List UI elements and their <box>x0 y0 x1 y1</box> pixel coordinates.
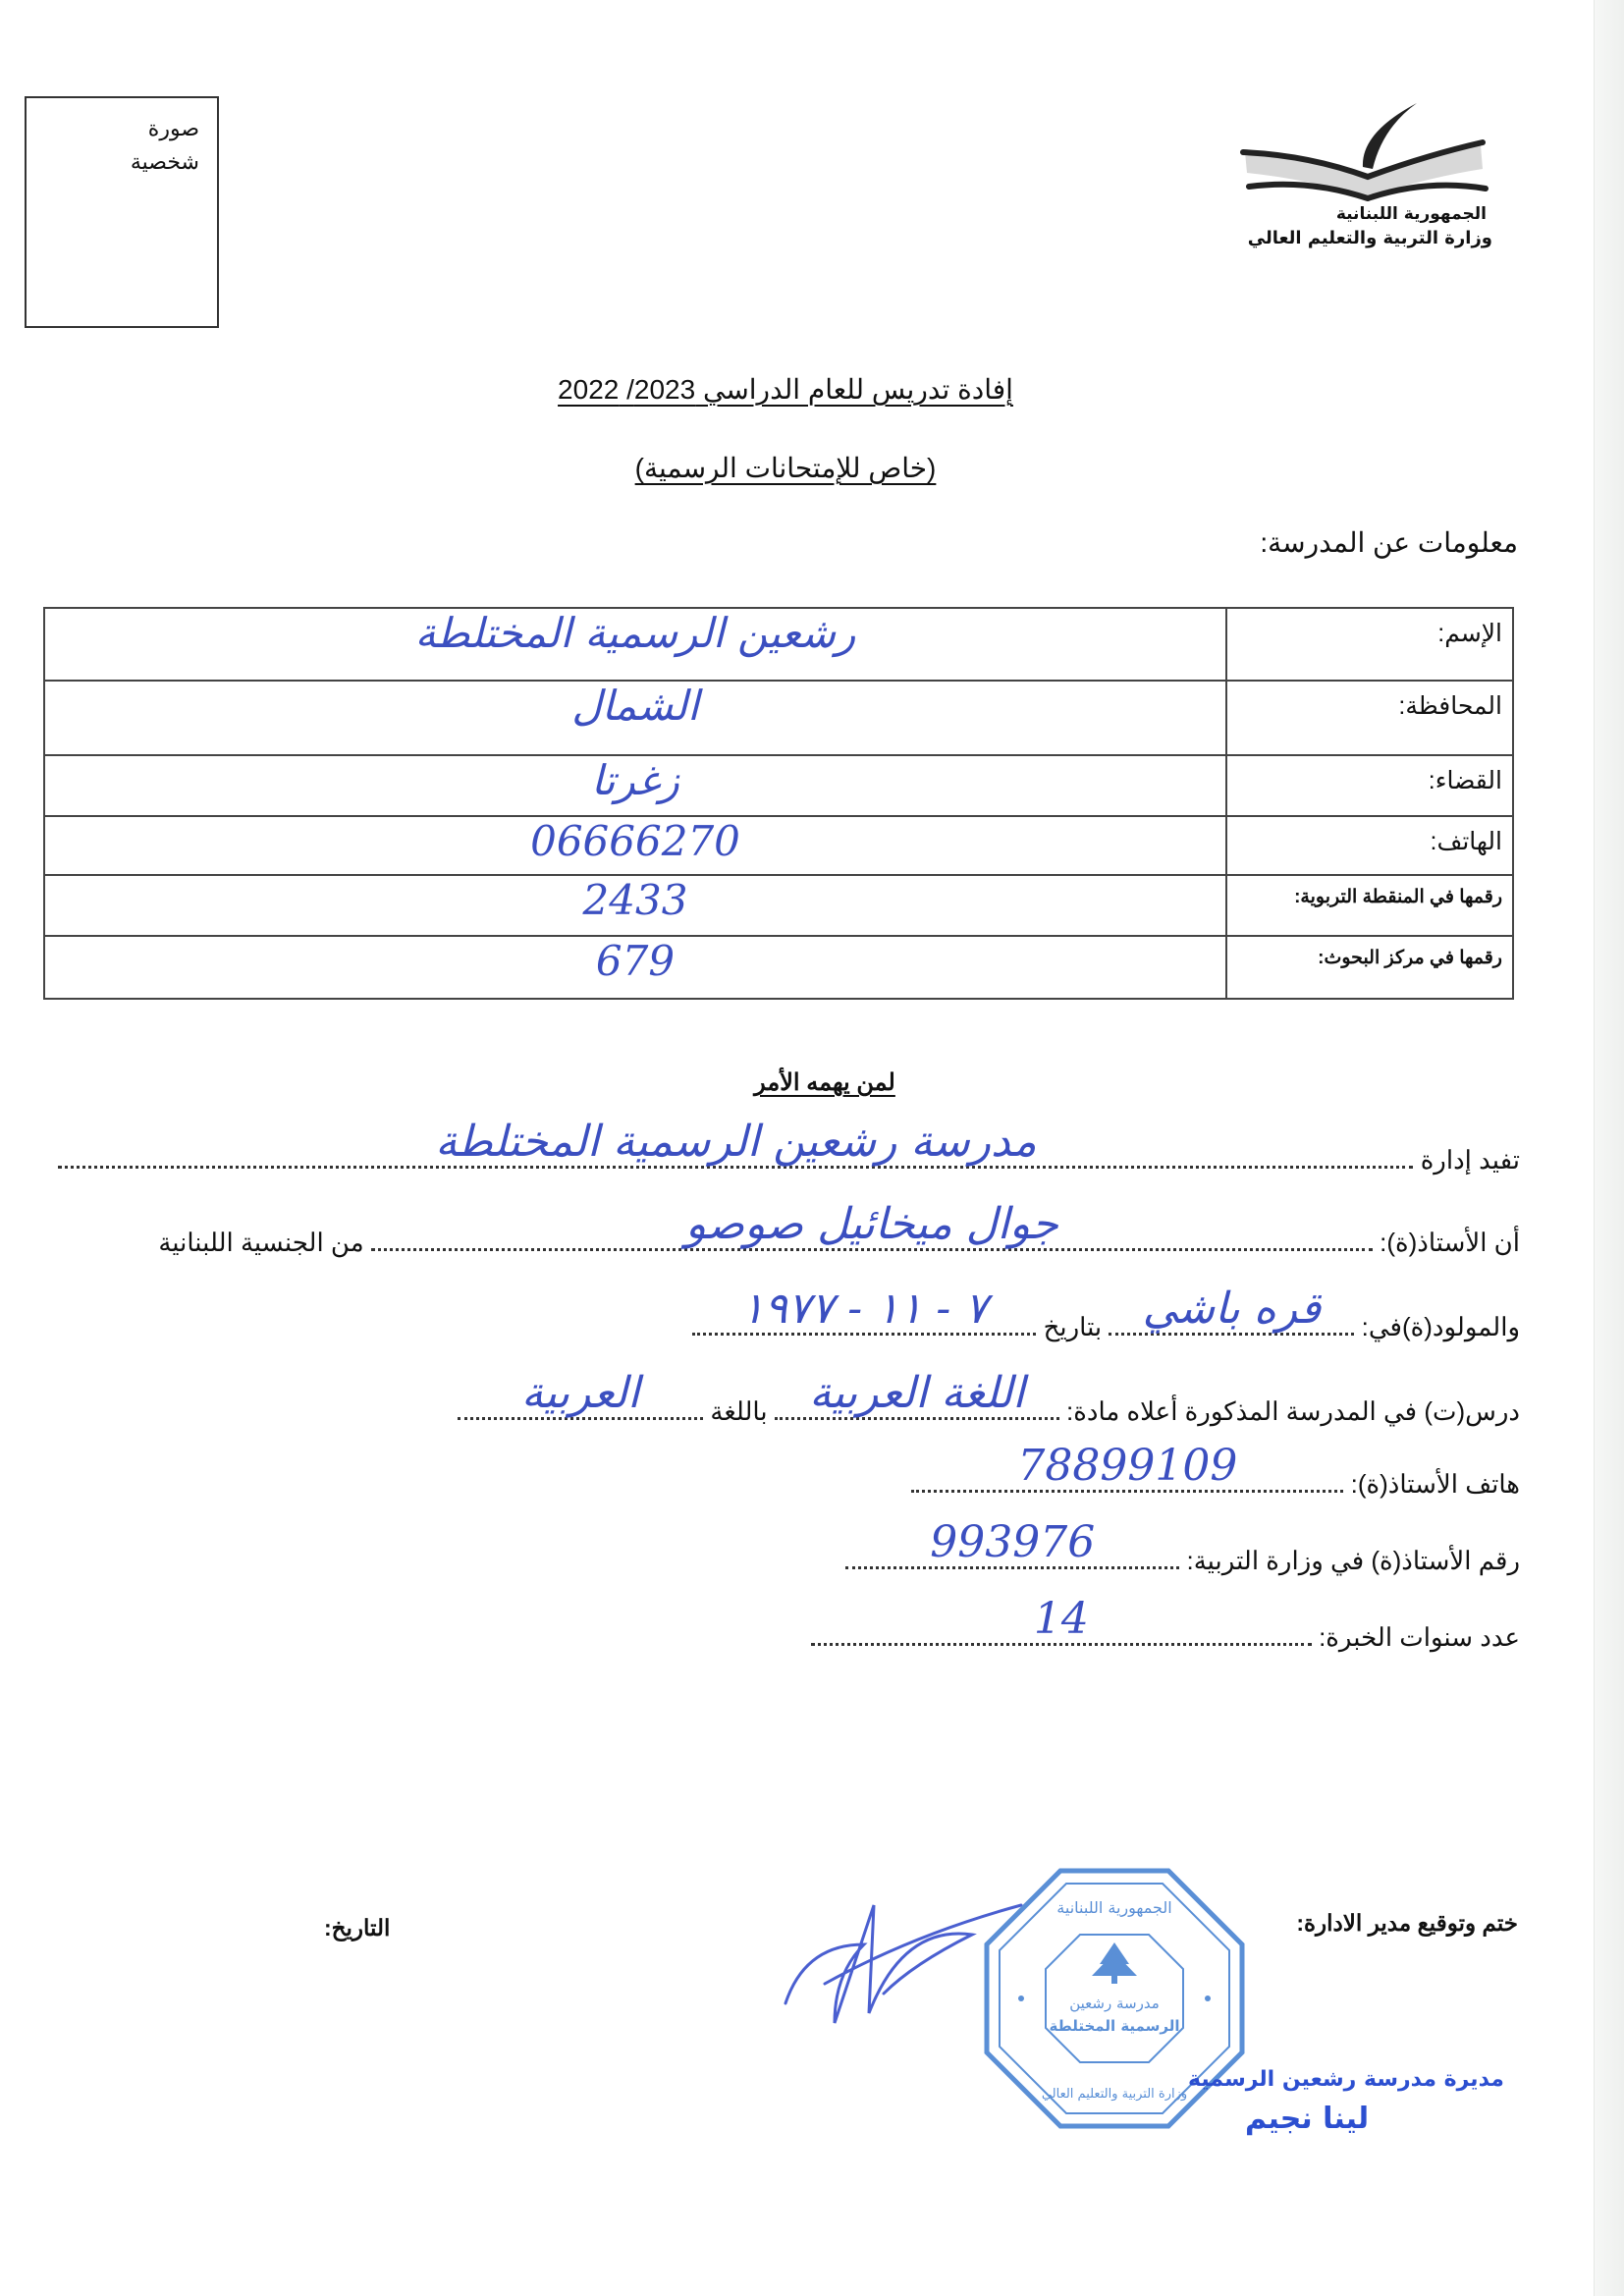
logo-ministry-text: وزارة التربية والتعليم العالي <box>1248 228 1492 248</box>
administration-line: تفيد إدارة مدرسة رشعين الرسمية المختلطة <box>58 1145 1520 1175</box>
scan-edge <box>1594 0 1624 2296</box>
ministry-number-line: رقم الأستاذ(ة) في وزارة التربية: 993976 <box>845 1546 1520 1576</box>
teacher-label: أن الأستاذ(ة): <box>1380 1228 1520 1257</box>
table-row: المحافظة: الشمال <box>44 681 1513 755</box>
school-info-heading: معلومات عن المدرسة: <box>1260 526 1518 559</box>
label-research-center-number: رقمها في مركز البحوث: <box>1226 936 1513 999</box>
experience-value: 14 <box>811 1598 1312 1641</box>
cedar-tree-icon <box>1092 1942 1137 1984</box>
birth-date-label: بتاريخ <box>1044 1312 1103 1341</box>
teacher-phone-value: 78899109 <box>911 1445 1343 1488</box>
administration-label: تفيد إدارة <box>1421 1145 1520 1175</box>
label-phone: الهاتف: <box>1226 816 1513 875</box>
label-district: القضاء: <box>1226 755 1513 816</box>
teacher-phone-field[interactable]: 78899109 <box>911 1470 1343 1493</box>
value-educational-zone-number[interactable]: 2433 <box>44 875 1226 936</box>
school-info-table: الإسم: رشعين الرسمية المختلطة المحافظة: … <box>43 607 1514 1000</box>
language-field[interactable]: العربية <box>458 1397 703 1420</box>
ministry-number-value: 993976 <box>845 1521 1179 1564</box>
value-research-center-number[interactable]: 679 <box>44 936 1226 999</box>
svg-text:مدرسة رشعين: مدرسة رشعين <box>1069 1995 1160 2012</box>
photo-label-line2: شخصية <box>131 145 199 179</box>
experience-field[interactable]: 14 <box>811 1623 1312 1646</box>
table-row: رقمها في المنقطة التربوية: 2433 <box>44 875 1513 936</box>
document-page: صورة شخصية الجمهورية اللبنانية وزارة الت… <box>0 0 1624 2296</box>
label-governorate: المحافظة: <box>1226 681 1513 755</box>
date-label: التاريخ: <box>324 1915 390 1941</box>
director-signature-label: ختم وتوقيع مدير الادارة: <box>1296 1910 1518 1937</box>
svg-text:الرسمية المختلطة: الرسمية المختلطة <box>1050 2017 1180 2035</box>
value-governorate[interactable]: الشمال <box>44 681 1226 755</box>
subject-value: اللغة العربية <box>775 1372 1059 1415</box>
subject-field[interactable]: اللغة العربية <box>775 1397 1059 1420</box>
photo-placeholder-box: صورة شخصية <box>25 96 219 328</box>
birth-place-label: والمولود(ة)في: <box>1362 1312 1520 1341</box>
director-name-stamp: لينا نجيم <box>1245 2102 1369 2136</box>
language-value: العربية <box>458 1372 703 1415</box>
teacher-phone-line: هاتف الأستاذ(ة): 78899109 <box>911 1469 1520 1500</box>
birth-date-field[interactable]: ٧ - ١١ - ١٩٧٧ <box>692 1313 1036 1336</box>
document-subtitle: (خاص للإمتحانات الرسمية) <box>511 452 1060 484</box>
birth-place-field[interactable]: قره باشي <box>1109 1313 1354 1336</box>
teacher-name-field[interactable]: جوال ميخائيل صوصو <box>371 1229 1373 1251</box>
concern-heading-text: لمن يهمه الأمر <box>754 1069 895 1096</box>
concern-heading: لمن يهمه الأمر <box>609 1068 1041 1097</box>
administration-field[interactable]: مدرسة رشعين الرسمية المختلطة <box>58 1146 1413 1169</box>
teacher-name-value: جوال ميخائيل صوصو <box>371 1203 1373 1246</box>
photo-label-line1: صورة <box>131 112 199 145</box>
value-phone[interactable]: 06666270 <box>44 816 1226 875</box>
taught-line: درس(ت) في المدرسة المذكورة أعلاه مادة: ا… <box>458 1396 1520 1427</box>
birth-place-value: قره باشي <box>1109 1287 1354 1331</box>
director-title-stamp: مديرة مدرسة رشعين الرسمية <box>1188 2067 1504 2092</box>
teacher-phone-label: هاتف الأستاذ(ة): <box>1351 1469 1520 1499</box>
language-label: باللغة <box>710 1396 767 1426</box>
table-row: رقمها في مركز البحوث: 679 <box>44 936 1513 999</box>
svg-text:الجمهورية اللبنانية: الجمهورية اللبنانية <box>1056 1898 1171 1918</box>
birth-date-value: ٧ - ١١ - ١٩٧٧ <box>692 1287 1036 1331</box>
value-district[interactable]: زغرتا <box>44 755 1226 816</box>
table-row: الإسم: رشعين الرسمية المختلطة <box>44 608 1513 681</box>
label-name: الإسم: <box>1226 608 1513 681</box>
subject-label: درس(ت) في المدرسة المذكورة أعلاه مادة: <box>1066 1396 1520 1426</box>
ministry-number-field[interactable]: 993976 <box>845 1547 1179 1569</box>
logo-republic-text: الجمهورية اللبنانية <box>1336 204 1487 224</box>
birth-line: والمولود(ة)في: قره باشي بتاريخ ٧ - ١١ - … <box>692 1312 1520 1342</box>
experience-label: عدد سنوات الخبرة: <box>1319 1622 1520 1652</box>
document-title: إفادة تدريس للعام الدراسي 2023/ 2022 <box>511 373 1060 406</box>
table-row: القضاء: زغرتا <box>44 755 1513 816</box>
value-school-name[interactable]: رشعين الرسمية المختلطة <box>44 608 1226 681</box>
document-title-text: إفادة تدريس للعام الدراسي 2023/ 2022 <box>558 374 1013 405</box>
ministry-logo: الجمهورية اللبنانية وزارة التربية والتعل… <box>1235 98 1500 265</box>
teacher-line: أن الأستاذ(ة): جوال ميخائيل صوصو من الجن… <box>158 1228 1520 1258</box>
ministry-number-label: رقم الأستاذ(ة) في وزارة التربية: <box>1187 1546 1521 1575</box>
photo-label: صورة شخصية <box>131 112 199 179</box>
svg-text:وزارة التربية والتعليم العالي: وزارة التربية والتعليم العالي <box>1042 2087 1187 2102</box>
open-book-quill-icon <box>1235 98 1500 201</box>
table-row: الهاتف: 06666270 <box>44 816 1513 875</box>
administration-value: مدرسة رشعين الرسمية المختلطة <box>58 1121 1413 1164</box>
nationality-text: من الجنسية اللبنانية <box>158 1228 363 1257</box>
experience-line: عدد سنوات الخبرة: 14 <box>811 1622 1520 1653</box>
document-subtitle-text: (خاص للإمتحانات الرسمية) <box>635 453 937 483</box>
label-educational-zone-number: رقمها في المنقطة التربوية: <box>1226 875 1513 936</box>
